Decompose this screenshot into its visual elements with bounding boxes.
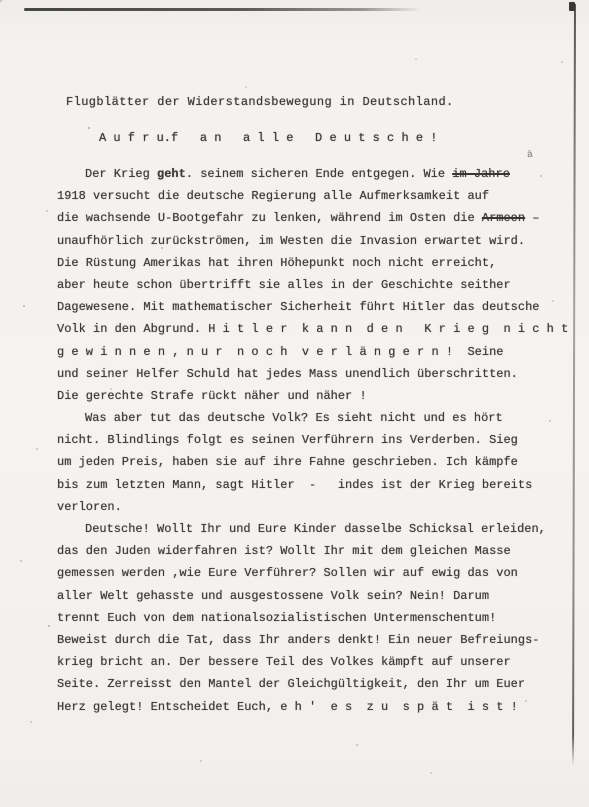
text-segment-strike: Armeen <box>482 211 525 225</box>
text-line: Herz gelegt! Entscheidet Euch, e h ' e s… <box>57 696 577 718</box>
text-segment: unaufhörlich zurückströmen, im Westen di… <box>57 234 525 248</box>
text-segment: aber heute schon übertrifft sie alles in… <box>57 278 511 292</box>
text-line: gemessen werden ,wie Eure Verführer? Sol… <box>57 562 577 584</box>
text-segment: aller Welt gehasste und ausgestossene Vo… <box>57 589 489 603</box>
paper-speckles <box>0 0 2 2</box>
text-line: das den Juden widerfahren ist? Wollt Ihr… <box>57 540 577 562</box>
text-segment: Die Rüstung Amerikas hat ihren Höhepunkt… <box>57 256 496 270</box>
text-line: Die gerechte Strafe rückt näher und nähe… <box>57 385 577 407</box>
text-line: aber heute schon übertrifft sie alles in… <box>57 274 577 296</box>
text-line: trennt Euch von dem nationalsozialistisc… <box>57 607 577 629</box>
text-segment: Seite. Zerreisst den Mantel der Gleichgü… <box>57 677 525 691</box>
text-segment: krieg bricht an. Der bessere Teil des Vo… <box>57 655 511 669</box>
text-segment: Herz gelegt! Entscheidet Euch, e h ' e s… <box>57 700 518 714</box>
text-line: Was aber tut das deutsche Volk? Es sieht… <box>57 407 577 429</box>
text-segment-bold: geht <box>157 167 186 181</box>
text-segment: g e w i n n e n , n u r n o c h v e r l … <box>57 345 503 359</box>
text-segment: . seinem sicheren Ende entgegen. Wie <box>186 167 452 181</box>
text-line: um jeden Preis, haben sie auf ihre Fahne… <box>57 451 577 473</box>
text-line: Der Krieg geht. seinem sicheren Ende ent… <box>57 163 577 185</box>
text-line: 1918 versucht die deutsche Regierung all… <box>57 185 577 207</box>
text-line: und seiner Helfer Schuld hat jedes Mass … <box>57 363 577 385</box>
text-line: die wachsende U-Bootgefahr zu lenken, wä… <box>57 207 577 229</box>
text-segment: Die gerechte Strafe rückt näher und nähe… <box>57 389 367 403</box>
text-line: g e w i n n e n , n u r n o c h v e r l … <box>57 341 577 363</box>
text-segment: – <box>525 211 539 225</box>
text-line: krieg bricht an. Der bessere Teil des Vo… <box>57 651 577 673</box>
text-segment: gemessen werden ,wie Eure Verführer? Sol… <box>57 566 518 580</box>
text-line: Beweist durch die Tat, dass Ihr anders d… <box>57 629 577 651</box>
text-segment: nicht. Blindlings folgt es seinen Verfüh… <box>57 433 518 447</box>
text-segment: 1918 versucht die deutsche Regierung all… <box>57 189 489 203</box>
text-segment: trennt Euch von dem nationalsozialistisc… <box>57 611 496 625</box>
scanned-leaflet-page: ä Flugblätter der Widerstandsbewegung in… <box>0 0 589 807</box>
text-segment: die wachsende U-Bootgefahr zu lenken, wä… <box>57 211 482 225</box>
text-segment: Volk in den Abgrund. H i t l e r k a n n… <box>57 322 568 336</box>
text-segment: das den Juden widerfahren ist? Wollt Ihr… <box>57 544 511 558</box>
text-segment: Beweist durch die Tat, dass Ihr anders d… <box>57 633 539 647</box>
scan-artifact-blob <box>569 2 575 11</box>
stray-pencil-mark: ä <box>526 150 533 162</box>
text-segment: und seiner Helfer Schuld hat jedes Mass … <box>57 367 518 381</box>
text-line: Seite. Zerreisst den Mantel der Gleichgü… <box>57 673 577 695</box>
text-line: Die Rüstung Amerikas hat ihren Höhepunkt… <box>57 252 577 274</box>
text-line: aller Welt gehasste und ausgestossene Vo… <box>57 585 577 607</box>
document-heading: A u f r u.f a n a l l e D e u t s c h e … <box>99 131 437 145</box>
document-body: Der Krieg geht. seinem sicheren Ende ent… <box>57 163 577 718</box>
text-line: bis zum letzten Mann, sagt Hitler - inde… <box>57 474 577 496</box>
document-title: Flugblätter der Widerstandsbewegung in D… <box>66 95 454 109</box>
scan-edge-line-top <box>24 8 422 11</box>
text-line: nicht. Blindlings folgt es seinen Verfüh… <box>57 429 577 451</box>
text-segment: Deutsche! Wollt Ihr und Eure Kinder dass… <box>85 522 546 536</box>
text-segment-strike: im Jahre <box>452 167 510 181</box>
text-segment: Dagewesene. Mit mathematischer Sicherhei… <box>57 300 539 314</box>
text-segment: Der Krieg <box>85 167 157 181</box>
text-segment: Was aber tut das deutsche Volk? Es sieht… <box>85 411 503 425</box>
text-line: Volk in den Abgrund. H i t l e r k a n n… <box>57 318 577 340</box>
text-line: unaufhörlich zurückströmen, im Westen di… <box>57 230 577 252</box>
text-line: Deutsche! Wollt Ihr und Eure Kinder dass… <box>57 518 577 540</box>
text-segment: um jeden Preis, haben sie auf ihre Fahne… <box>57 455 518 469</box>
text-line: Dagewesene. Mit mathematischer Sicherhei… <box>57 296 577 318</box>
text-segment: bis zum letzten Mann, sagt Hitler - inde… <box>57 478 532 492</box>
text-line: verloren. <box>57 496 577 518</box>
text-segment: verloren. <box>57 500 122 514</box>
